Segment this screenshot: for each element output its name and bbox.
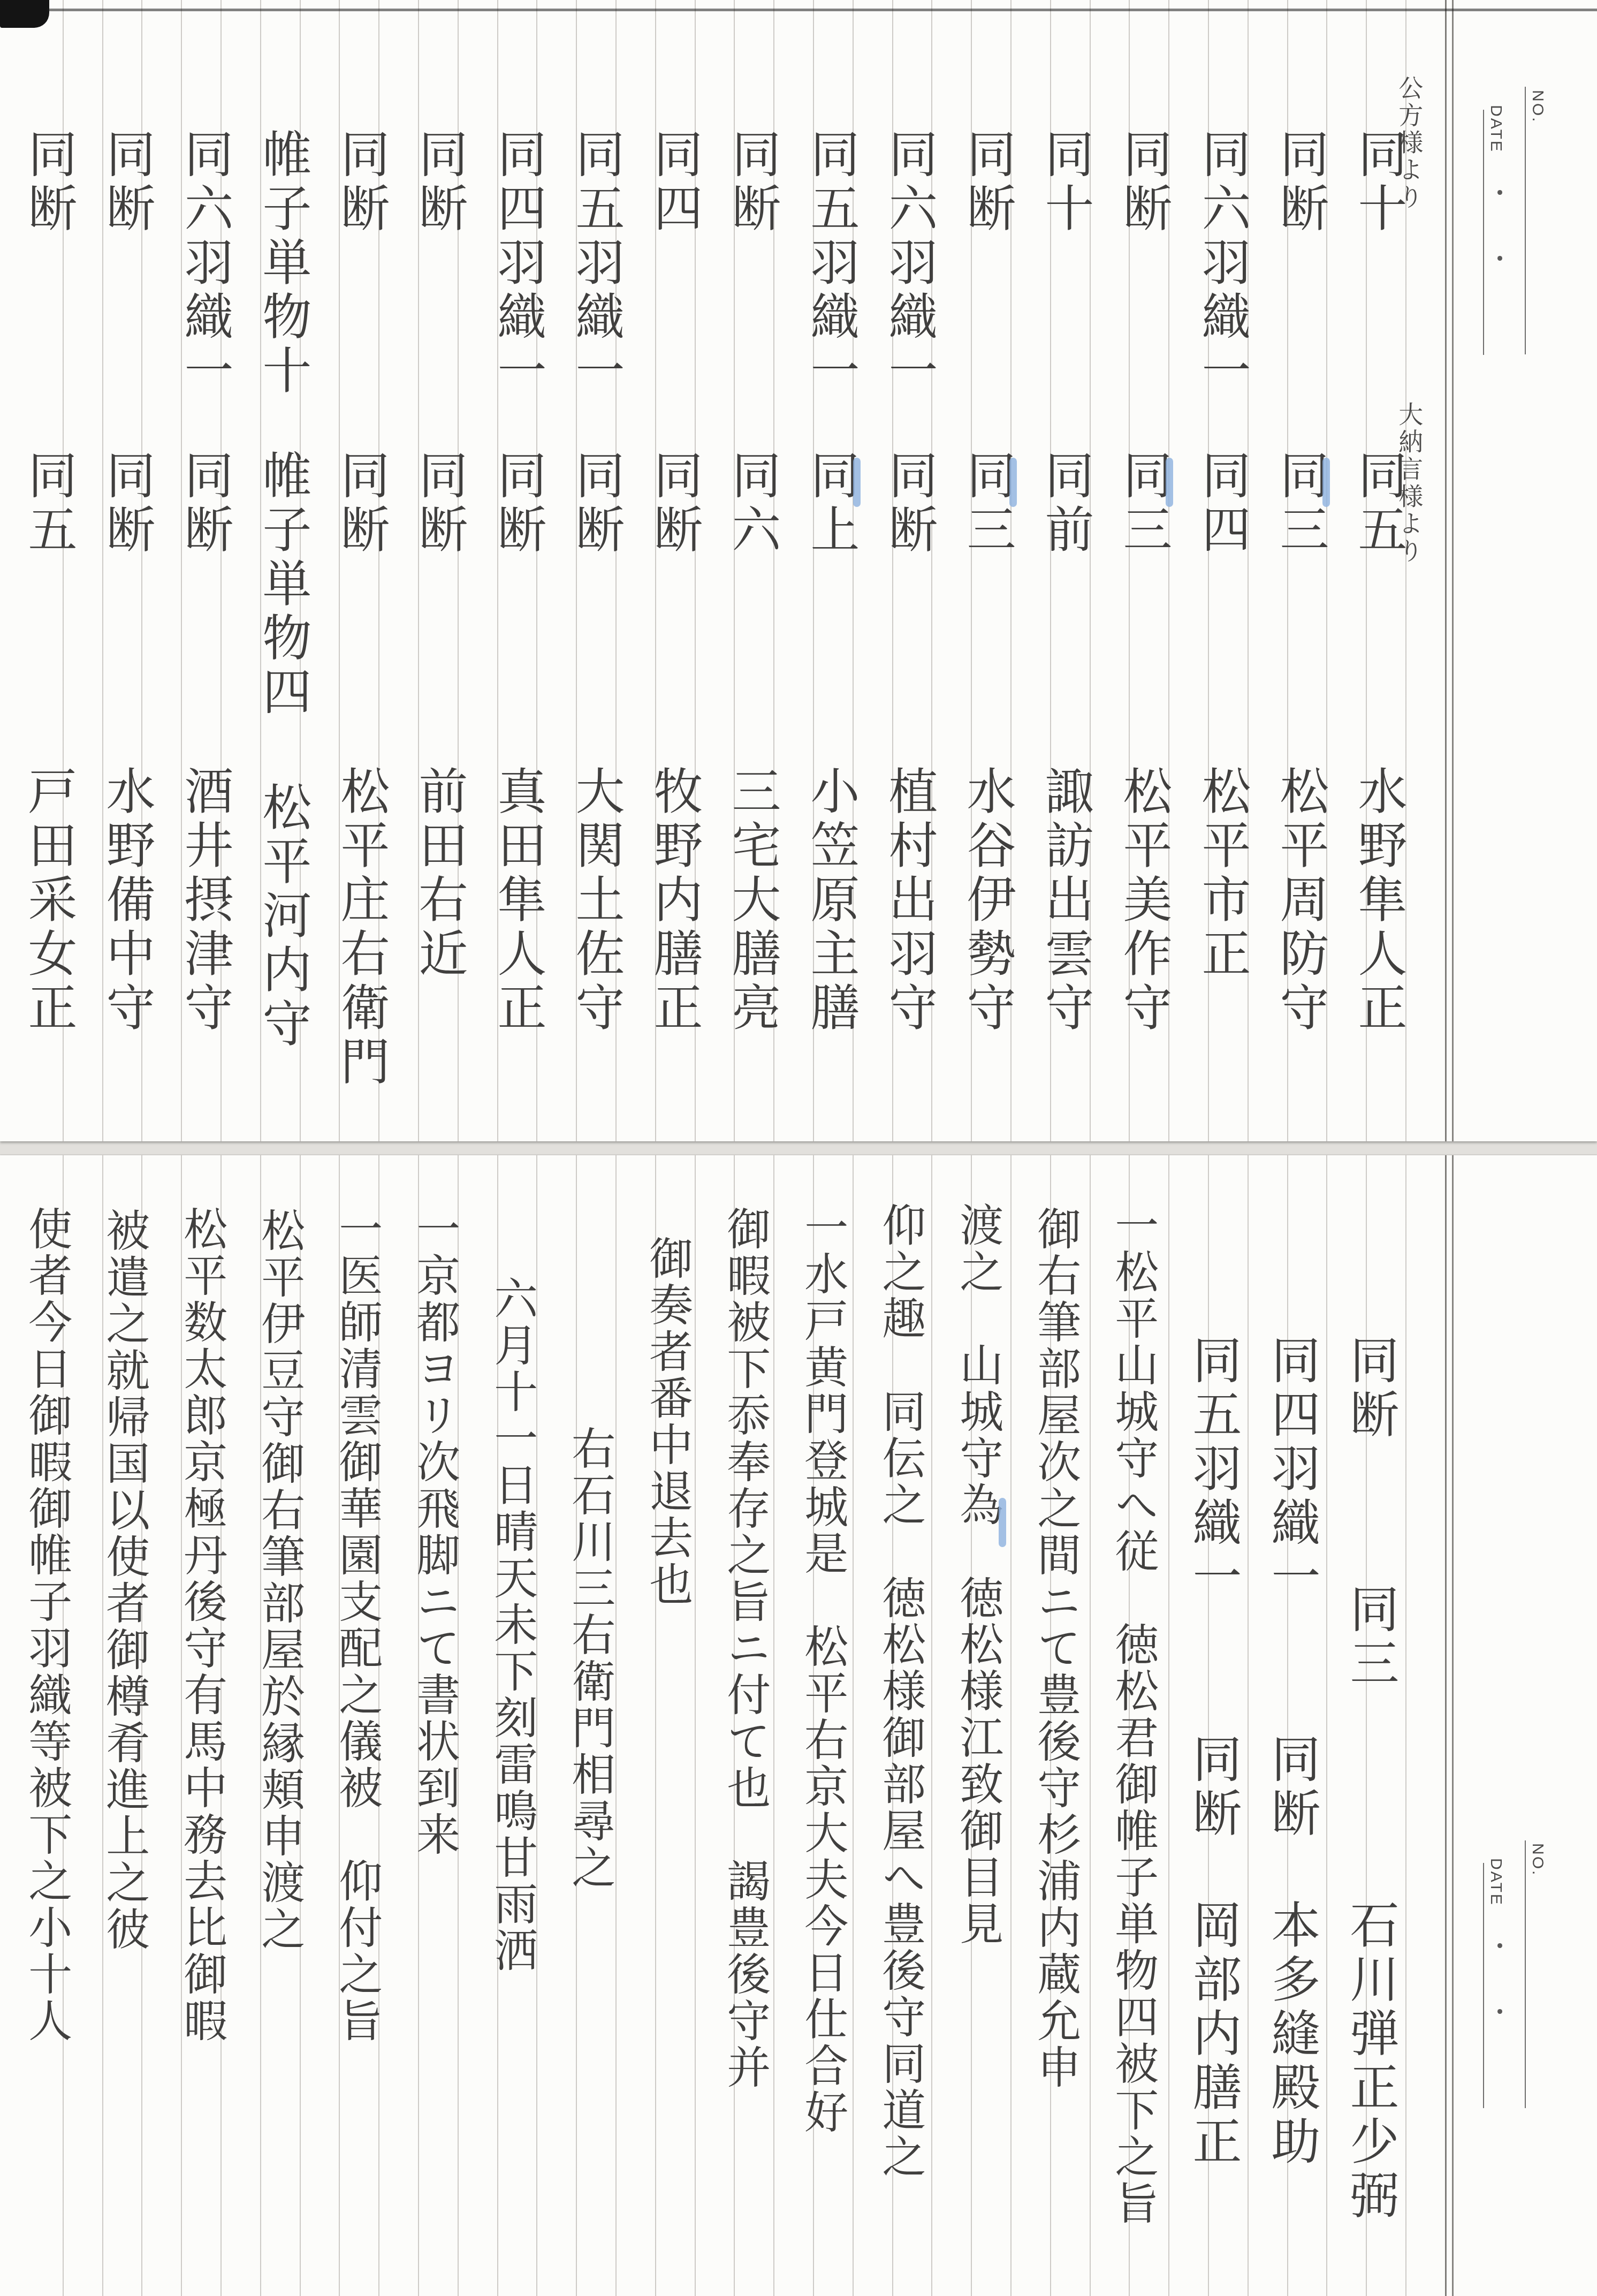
date-dot bbox=[1497, 2009, 1502, 2014]
entry-top: 同四羽織一 bbox=[489, 128, 547, 399]
entry-mid: 同五 bbox=[19, 450, 78, 558]
prose-column: 右石川三右衛門相尋之 bbox=[564, 1426, 615, 1891]
date-dot bbox=[1497, 190, 1502, 195]
scan-artifact-top-edge bbox=[47, 9, 1597, 11]
entry-mid: 同断 bbox=[176, 450, 234, 558]
entry-name: 酒井摂津守 bbox=[176, 766, 234, 1036]
entry-top: 同五羽織一 bbox=[1184, 1335, 1242, 1605]
entry-mid: 同断 bbox=[489, 450, 547, 558]
entry-name: 植村出羽守 bbox=[880, 766, 938, 1036]
entry-name: 岡部内膳正 bbox=[1184, 1899, 1242, 2170]
entry-mid: 同三 bbox=[1114, 450, 1173, 558]
prose-column: 一京都ヨリ次飛脚ニて書状到来 bbox=[408, 1206, 460, 1858]
scanned-notebook: { "colors": { "ink": "#403f3e", "rule_li… bbox=[0, 0, 1597, 2296]
entry-name: 松平河内守 bbox=[254, 782, 312, 1052]
entry-mid: 同断 bbox=[1184, 1733, 1242, 1842]
prose-column: 被遣之就帰国以使者御樽肴進上之彼 bbox=[98, 1208, 150, 1953]
prose-column: 六月十一日晴天未下刻雷鳴甘雨洒 bbox=[486, 1276, 538, 1974]
margin-double-line bbox=[1452, 0, 1454, 1141]
entry-name: 小笠原主膳 bbox=[802, 766, 860, 1036]
blue-highlight-mark bbox=[853, 458, 861, 507]
entry-mid: 同断 bbox=[410, 450, 468, 558]
blue-highlight-mark bbox=[1009, 458, 1017, 507]
entry-name: 松平庄右衛門 bbox=[332, 766, 390, 1090]
entry-top: 同五羽織一 bbox=[802, 128, 860, 399]
prose-column: 一水戸黄門登城是 松平右京大夫今日仕合好 bbox=[796, 1204, 848, 2136]
entry-mid: 同断 bbox=[1263, 1733, 1321, 1842]
blue-highlight-mark bbox=[1322, 458, 1330, 507]
entry-name: 松平美作守 bbox=[1114, 766, 1173, 1036]
entry-name: 松平市正 bbox=[1193, 766, 1251, 982]
entry-name: 石川弾正少弼 bbox=[1341, 1899, 1400, 2224]
entry-name: 水野隼人正 bbox=[1349, 766, 1408, 1036]
date-line bbox=[1483, 110, 1484, 355]
entry-mid: 帷子単物四 bbox=[254, 450, 312, 720]
entry-top: 同五羽織一 bbox=[567, 128, 625, 399]
no-line bbox=[1525, 87, 1526, 354]
entry-mid: 同三 bbox=[958, 450, 1016, 558]
entry-top: 同六羽織一 bbox=[176, 128, 234, 399]
prose-column: 松平数太郎京極丹後守有馬中務去比御暇 bbox=[176, 1206, 227, 2044]
date-dot bbox=[1497, 256, 1502, 261]
entry-name: 水野備中守 bbox=[97, 766, 156, 1036]
entry-top: 同断 bbox=[1114, 128, 1173, 237]
entry-top: 同断 bbox=[19, 128, 78, 237]
entry-mid: 同断 bbox=[567, 450, 625, 558]
scan-artifact-corner bbox=[0, 0, 49, 28]
prose-column: 松平伊豆守御右筆部屋於縁頬申渡之 bbox=[253, 1208, 305, 1953]
entry-top: 同六羽織一 bbox=[1193, 128, 1251, 399]
entry-name: 前田右近 bbox=[410, 766, 468, 982]
entry-top: 同四羽織一 bbox=[1263, 1335, 1321, 1605]
entry-mid: 同三 bbox=[1341, 1583, 1400, 1692]
no-line bbox=[1525, 1840, 1526, 2108]
entry-name: 松平周防守 bbox=[1271, 766, 1329, 1036]
date-line bbox=[1483, 1863, 1484, 2108]
page-1: NO. DATE 公方様より 大納言様より 同十 同五 水野隼人正 同断 同三 … bbox=[0, 0, 1597, 1141]
entry-top: 同十 bbox=[1036, 128, 1094, 237]
entry-top: 同断 bbox=[723, 128, 781, 237]
entry-mid: 同五 bbox=[1349, 450, 1408, 558]
entry-top: 帷子単物十 bbox=[254, 128, 312, 399]
date-label: DATE bbox=[1487, 1858, 1505, 1906]
entry-mid: 同断 bbox=[97, 450, 156, 558]
entry-name: 水谷伊勢守 bbox=[958, 766, 1016, 1036]
prose-column: 御奏者番中退去也 bbox=[641, 1236, 693, 1608]
date-dot bbox=[1497, 1943, 1502, 1948]
entry-top: 同断 bbox=[1341, 1335, 1400, 1443]
prose-column: 一松平山城守へ従 徳松君御帷子単物四被下之旨 bbox=[1107, 1202, 1159, 2227]
blue-highlight-mark bbox=[999, 1498, 1006, 1547]
margin-double-line bbox=[1445, 0, 1447, 1141]
prose-column: 御右筆部屋次之間ニて豊後守杉浦内蔵允申 bbox=[1029, 1206, 1081, 2091]
entry-top: 同断 bbox=[410, 128, 468, 237]
entry-top: 同断 bbox=[1271, 128, 1329, 237]
entry-name: 本多縫殿助 bbox=[1263, 1899, 1321, 2170]
entry-mid: 同四 bbox=[1193, 450, 1251, 558]
entry-name: 戸田采女正 bbox=[19, 766, 78, 1036]
prose-column: 使者今日御暇御帷子羽織等被下之小十人 bbox=[20, 1206, 72, 2044]
entry-top: 同四 bbox=[645, 128, 703, 237]
prose-column: 一医師清雲御華園支配之儀被 仰付之旨 bbox=[331, 1206, 383, 2044]
margin-double-line bbox=[1452, 1155, 1454, 2296]
entry-top: 同断 bbox=[97, 128, 156, 237]
no-label: NO. bbox=[1528, 1843, 1547, 1876]
entry-mid: 同前 bbox=[1036, 450, 1094, 558]
entry-mid: 同三 bbox=[1271, 450, 1329, 558]
entry-mid: 同六 bbox=[723, 450, 781, 558]
entry-name: 大関土佐守 bbox=[567, 766, 625, 1036]
date-label: DATE bbox=[1487, 105, 1505, 153]
margin-double-line bbox=[1445, 1155, 1447, 2296]
entry-mid: 同上 bbox=[802, 450, 860, 558]
entry-mid: 同断 bbox=[880, 450, 938, 558]
no-label: NO. bbox=[1528, 90, 1547, 123]
blue-highlight-mark bbox=[1166, 458, 1173, 507]
entry-name: 牧野内膳正 bbox=[645, 766, 703, 1036]
entry-top: 同十 bbox=[1349, 128, 1408, 237]
prose-column: 御暇被下忝奉存之旨ニ付て也 謁豊後守并 bbox=[719, 1206, 771, 2091]
prose-column: 渡之 山城守為 徳松様江致御目見 bbox=[952, 1202, 1003, 1948]
entry-name: 三宅大膳亮 bbox=[723, 766, 781, 1036]
entry-mid: 同断 bbox=[645, 450, 703, 558]
entry-top: 同断 bbox=[332, 128, 390, 237]
entry-top: 同断 bbox=[958, 128, 1016, 237]
entry-name: 真田隼人正 bbox=[489, 766, 547, 1036]
entry-name: 諏訪出雲守 bbox=[1036, 766, 1094, 1036]
page-2: NO. DATE 同断 同三 石川弾正少弼 同四羽織一 同断 本多縫殿助 同五羽… bbox=[0, 1155, 1597, 2296]
entry-mid: 同断 bbox=[332, 450, 390, 558]
prose-column: 仰之趣 同伝之 徳松様御部屋へ豊後守同道之 bbox=[874, 1202, 926, 2180]
entry-top: 同六羽織一 bbox=[880, 128, 938, 399]
